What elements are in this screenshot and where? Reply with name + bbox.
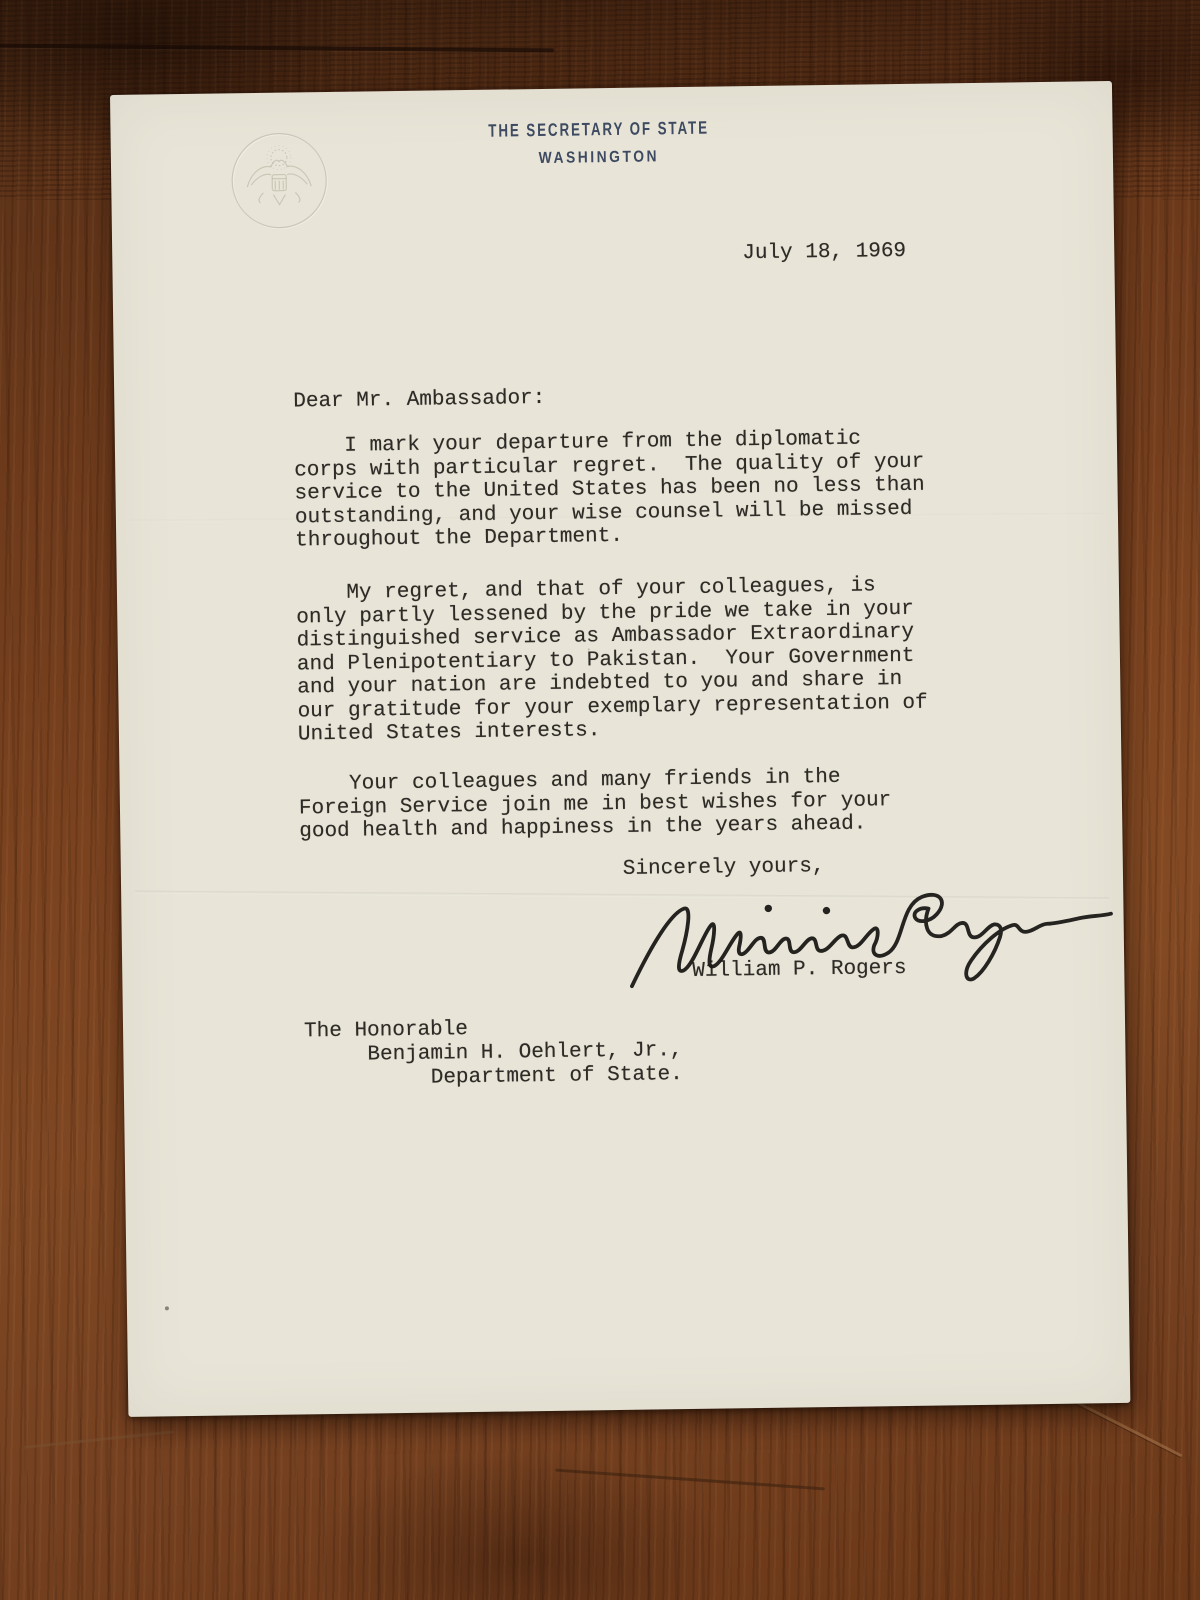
letterhead-subtitle: WASHINGTON (539, 148, 660, 168)
paper-speck (165, 1306, 169, 1310)
paper-fold-crease (135, 891, 1109, 901)
letterhead: THE SECRETARY OF STATE WASHINGTON (110, 112, 1087, 174)
typed-signature-name: William P. Rogers (692, 957, 907, 983)
handwritten-signature (617, 863, 1122, 1011)
body-paragraph-3: Your colleagues and many friends in the … (298, 765, 891, 844)
wood-crack (0, 44, 554, 53)
closing-line: Sincerely yours, (623, 855, 825, 881)
recipient-address-block: The Honorable Benjamin H. Oehlert, Jr., … (304, 1015, 683, 1092)
letter-page: THE SECRETARY OF STATE WASHINGTON July 1… (110, 81, 1130, 1417)
wood-scratch (555, 1469, 825, 1491)
body-paragraph-1: I mark your departure from the diplomati… (294, 427, 926, 553)
wood-scratch (24, 1430, 173, 1449)
body-paragraph-2: My regret, and that of your colleagues, … (296, 574, 928, 747)
photo-of-letter-on-wood-table: THE SECRETARY OF STATE WASHINGTON July 1… (0, 0, 1200, 1600)
letterhead-title: THE SECRETARY OF STATE (488, 118, 709, 141)
paper-speck (588, 648, 590, 650)
date-line: July 18, 1969 (742, 240, 906, 266)
salutation: Dear Mr. Ambassador: (293, 387, 545, 414)
